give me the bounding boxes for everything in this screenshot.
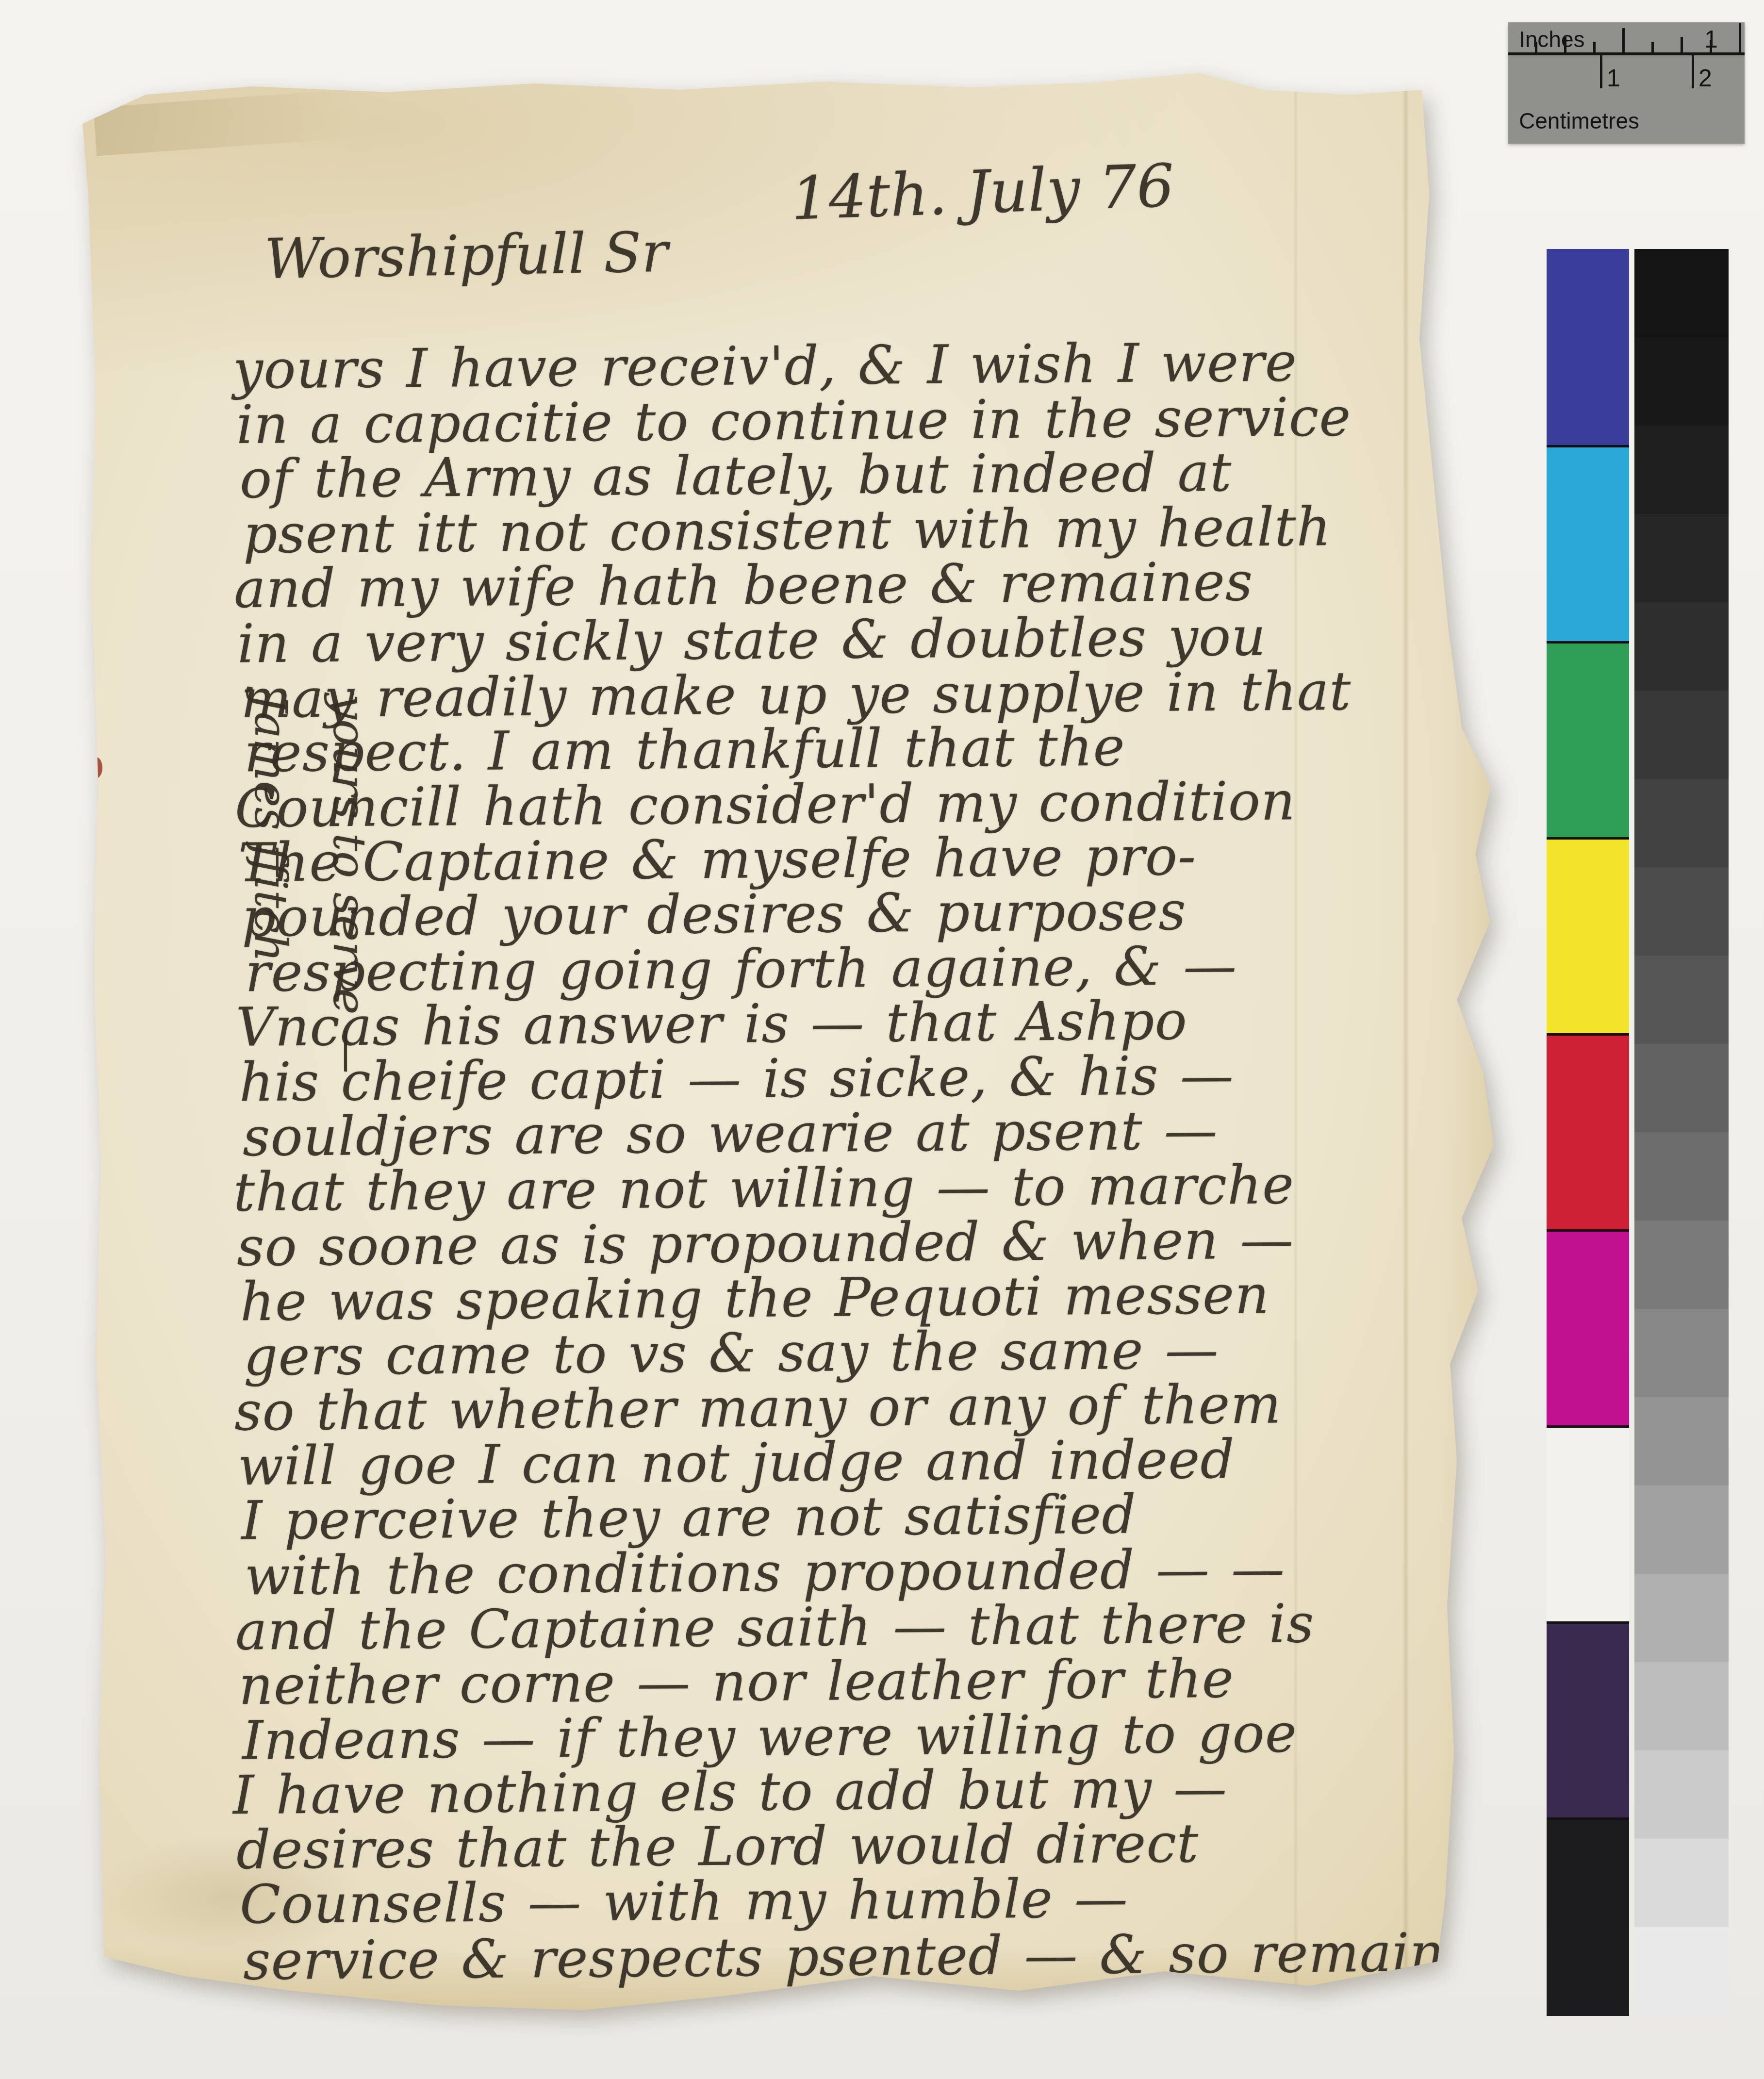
ruler-inch-tick — [1535, 42, 1537, 52]
photo-background: 14th. July 76 Worshipfull Sr yours I hav… — [0, 0, 1764, 2079]
ruler-inch-tick — [1710, 40, 1712, 52]
letter-salutation: Worshipfull Sr — [264, 220, 668, 291]
color-patch-black — [1547, 1817, 1629, 2016]
grayscale-patch — [1634, 1044, 1729, 1132]
ruler-cm-tick — [1600, 55, 1602, 88]
paper-crease — [93, 82, 464, 156]
letter-signature-vertical: yours to serve —James ffitch — [231, 694, 388, 1412]
grayscale-patch — [1634, 1927, 1729, 2015]
grayscale-patch — [1634, 1839, 1729, 1927]
ruler-inch-tick — [1622, 28, 1625, 52]
grayscale-patch — [1634, 514, 1729, 602]
manuscript-paper: 14th. July 76 Worshipfull Sr yours I hav… — [75, 68, 1502, 2019]
ruler-inch-tick — [1593, 42, 1596, 52]
ruler-cm-tick — [1692, 55, 1694, 88]
color-patch-violet — [1547, 1621, 1629, 1820]
grayscale-patch — [1634, 1485, 1729, 1574]
ruler-card: Inches 1 Centimetres 12 — [1508, 22, 1745, 144]
color-patch-cyan — [1547, 445, 1629, 643]
seal-mark — [90, 757, 102, 778]
grayscale-patch — [1634, 337, 1729, 426]
color-patch-white — [1547, 1425, 1629, 1624]
ruler-inch-tick — [1739, 23, 1741, 52]
grayscale-patch — [1634, 867, 1729, 956]
color-patch-green — [1547, 641, 1629, 840]
ruler-cm-number: 1 — [1607, 64, 1620, 92]
grayscale-patch — [1634, 1309, 1729, 1397]
grayscale-patch — [1634, 1221, 1729, 1309]
grayscale-patch — [1634, 691, 1729, 779]
ruler-cm-number: 2 — [1698, 64, 1712, 92]
ruler-inch-tick — [1564, 37, 1566, 52]
color-patch-magenta — [1547, 1229, 1629, 1428]
grayscale-patch — [1634, 1750, 1729, 1839]
letter-date: 14th. July 76 — [790, 151, 1175, 233]
ruler-inch-tick — [1651, 42, 1654, 52]
ruler-inch-tick — [1681, 37, 1683, 52]
grayscale-patch — [1634, 1574, 1729, 1662]
signature-line: yours to serve — — [310, 694, 388, 1412]
paper-crease — [1402, 68, 1409, 2009]
grayscale-patch — [1634, 779, 1729, 867]
grayscale-patch — [1634, 1397, 1729, 1485]
grayscale-patch — [1634, 1662, 1729, 1750]
grayscale-patch — [1634, 249, 1729, 337]
grayscale-patch — [1634, 956, 1729, 1044]
color-patch-red — [1547, 1033, 1629, 1232]
ruler-centimetres-label: Centimetres — [1519, 108, 1639, 134]
ruler-inches-label: Inches — [1519, 26, 1585, 52]
grayscale-patch — [1634, 602, 1729, 691]
letter-line: service & respects psented — & so remain… — [243, 1921, 1552, 1992]
grayscale-patch — [1634, 426, 1729, 514]
color-patch-blue — [1547, 249, 1629, 445]
signature-line: James ffitch — [231, 694, 310, 1412]
color-patch-yellow — [1547, 837, 1629, 1036]
grayscale-patch — [1634, 1132, 1729, 1221]
